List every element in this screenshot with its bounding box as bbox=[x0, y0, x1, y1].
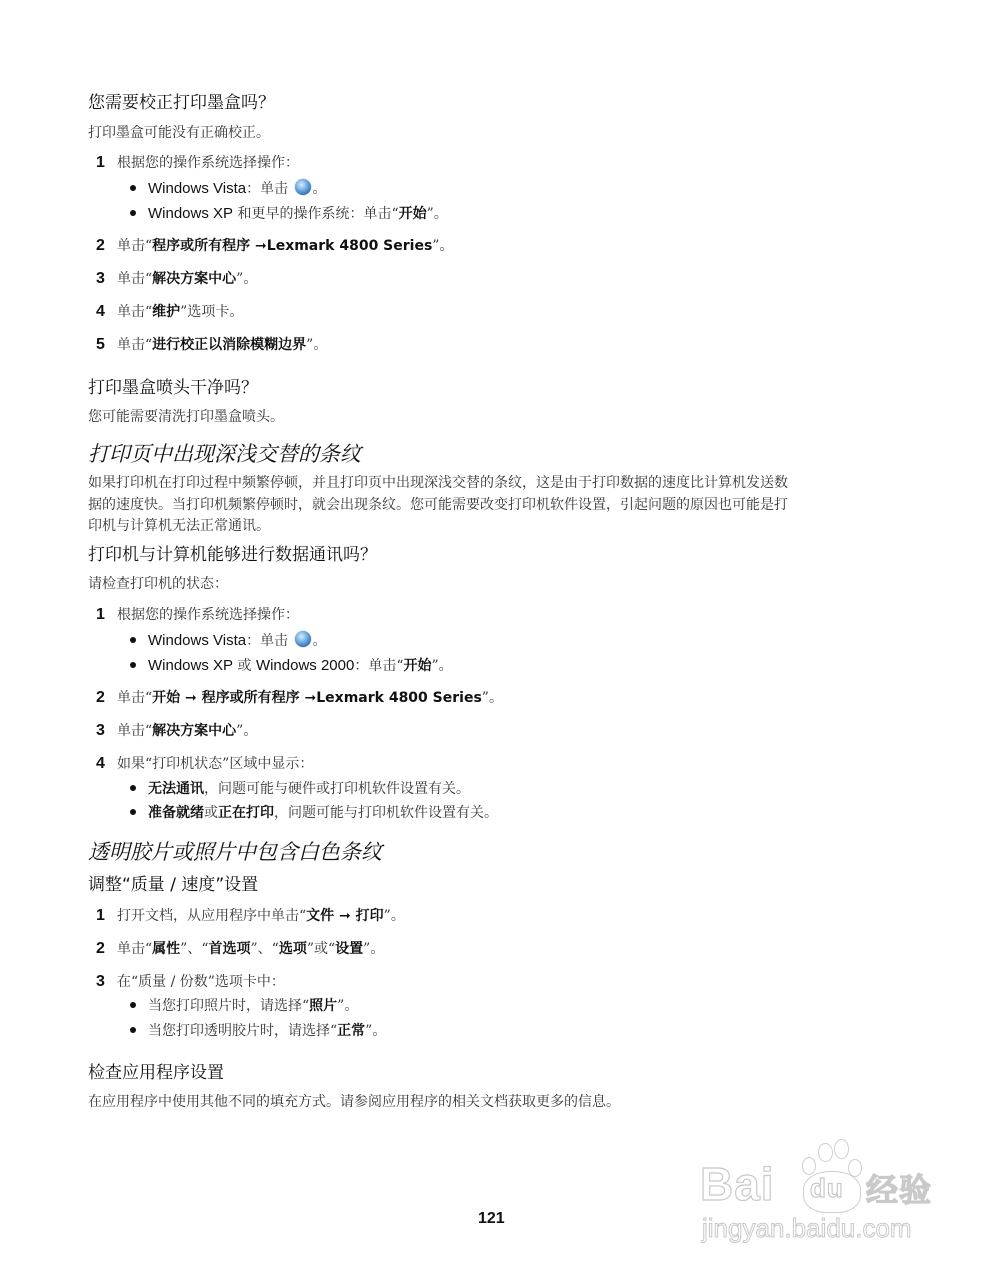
step-bold: 属性 bbox=[152, 941, 180, 957]
step-item: 4如果“打印机状态”区域中显示： bbox=[96, 753, 313, 773]
section-heading: 检查应用程序设置 bbox=[88, 1058, 224, 1083]
bullet-text: ，问题可能与硬件或打印机软件设置有关。 bbox=[204, 781, 470, 797]
bullet-mid: 或 bbox=[233, 658, 256, 674]
step-number: 1 bbox=[96, 154, 117, 172]
step-mid: ”、“ bbox=[251, 941, 279, 957]
bullet-dot bbox=[130, 662, 136, 668]
section-intro: 您可能需要清洗打印墨盒喷头。 bbox=[88, 406, 284, 426]
step-number: 4 bbox=[96, 755, 117, 773]
step-prefix: 单击“ bbox=[117, 238, 152, 254]
bullet-text: ：单击 bbox=[246, 633, 288, 649]
step-number: 3 bbox=[96, 973, 117, 991]
step-suffix: ”。 bbox=[236, 271, 257, 287]
step-item: 1根据您的操作系统选择操作： bbox=[96, 604, 299, 624]
document-page: 您需要校正打印墨盒吗？ 打印墨盒可能没有正确校正。 1根据您的操作系统选择操作：… bbox=[0, 0, 989, 1280]
step-number: 3 bbox=[96, 270, 117, 288]
paragraph-line: 据的速度快。当打印机频繁停顿时，就会出现条纹。您可能需要改变打印机软件设置，引起… bbox=[88, 494, 788, 514]
step-bold: 进行校正以消除模糊边界 bbox=[152, 337, 306, 353]
bullet-bold: 开始 bbox=[404, 658, 432, 674]
step-number: 2 bbox=[96, 940, 117, 958]
status-label: 正在打印 bbox=[218, 805, 274, 821]
step-mid: ”、“ bbox=[180, 941, 208, 957]
step-bold: 维护 bbox=[152, 304, 180, 320]
page-number: 121 bbox=[478, 1210, 505, 1228]
step-item: 1打开文档，从应用程序中单击“文件 ➞ 打印”。 bbox=[96, 905, 405, 925]
bullet-item: 准备就绪或正在打印，问题可能与打印机软件设置有关。 bbox=[130, 802, 498, 822]
step-suffix: ”。 bbox=[236, 723, 257, 739]
bullet-item: Windows XP 或 Windows 2000：单击“开始”。 bbox=[130, 655, 453, 675]
paragraph-line: 如果打印机在打印过程中频繁停顿，并且打印页中出现深浅交替的条纹，这是由于打印数据… bbox=[88, 472, 788, 492]
step-bold: 解决方案中心 bbox=[152, 271, 236, 287]
watermark-logo-bai: Bai bbox=[700, 1157, 775, 1211]
step-item: 2单击“开始 ➞ 程序或所有程序 ➞Lexmark 4800 Series”。 bbox=[96, 687, 503, 707]
step-number: 1 bbox=[96, 907, 117, 925]
step-prefix: 单击“ bbox=[117, 337, 152, 353]
step-item: 3在“质量 / 份数”选项卡中： bbox=[96, 971, 285, 991]
section-intro: 请检查打印机的状态： bbox=[88, 573, 228, 593]
bullet-item: 当您打印照片时，请选择“照片”。 bbox=[130, 995, 358, 1015]
topic-title: 透明胶片或照片中包含白色条纹 bbox=[88, 836, 382, 866]
os-name: Windows Vista bbox=[148, 180, 246, 197]
bullet-item: 无法通讯，问题可能与硬件或打印机软件设置有关。 bbox=[130, 778, 470, 798]
step-text: 在“质量 / 份数”选项卡中： bbox=[117, 974, 285, 990]
step-item: 3单击“解决方案中心”。 bbox=[96, 720, 257, 740]
watermark-logo-du: du bbox=[810, 1173, 844, 1204]
topic-title: 打印页中出现深浅交替的条纹 bbox=[88, 438, 361, 468]
bullet-dot bbox=[130, 1027, 136, 1033]
section-text: 在应用程序中使用其他不同的填充方式。请参阅应用程序的相关文档获取更多的信息。 bbox=[88, 1091, 620, 1111]
bullet-bold: 开始 bbox=[399, 206, 427, 222]
os-name: Windows XP bbox=[148, 205, 233, 222]
bullet-text: ：单击“ bbox=[354, 658, 403, 674]
step-bold: 设置 bbox=[335, 941, 363, 957]
bullet-end: 。 bbox=[313, 181, 327, 197]
step-item: 2单击“程序或所有程序 ➞Lexmark 4800 Series”。 bbox=[96, 235, 453, 255]
step-text: 根据您的操作系统选择操作： bbox=[117, 155, 299, 171]
os-name: Windows XP bbox=[148, 657, 233, 674]
step-number: 1 bbox=[96, 606, 117, 624]
watermark-url: jingyan.baidu.com bbox=[702, 1213, 912, 1244]
bullet-dot bbox=[130, 185, 136, 191]
step-item: 1根据您的操作系统选择操作： bbox=[96, 152, 299, 172]
status-label: 准备就绪 bbox=[148, 805, 204, 821]
step-text: 如果“打印机状态”区域中显示： bbox=[117, 756, 313, 772]
windows-vista-start-icon bbox=[295, 179, 311, 195]
step-bold: 首选项 bbox=[209, 941, 251, 957]
paw-toe-icon bbox=[818, 1143, 833, 1162]
os-name: Windows 2000 bbox=[256, 657, 354, 674]
windows-vista-start-icon bbox=[295, 631, 311, 647]
paw-toe-icon bbox=[834, 1139, 849, 1159]
step-prefix: 打开文档，从应用程序中单击“ bbox=[117, 908, 306, 924]
step-prefix: 单击“ bbox=[117, 941, 152, 957]
bullet-dot bbox=[130, 785, 136, 791]
bullet-bold: 正常 bbox=[337, 1023, 365, 1039]
bullet-text: ：单击 bbox=[246, 181, 288, 197]
step-number: 2 bbox=[96, 689, 117, 707]
baidu-jingyan-watermark: Bai du 经验 jingyan.baidu.com bbox=[700, 1135, 940, 1235]
step-suffix: ”。 bbox=[306, 337, 327, 353]
bullet-end: 。 bbox=[313, 633, 327, 649]
step-bold: 开始 ➞ 程序或所有程序 ➞Lexmark 4800 Series bbox=[152, 690, 482, 706]
step-bold: 解决方案中心 bbox=[152, 723, 236, 739]
step-suffix: ”选项卡。 bbox=[180, 304, 243, 320]
status-label: 无法通讯 bbox=[148, 781, 204, 797]
step-item: 4单击“维护”选项卡。 bbox=[96, 301, 243, 321]
step-mid: ”或“ bbox=[307, 941, 335, 957]
bullet-dot bbox=[130, 809, 136, 815]
step-bold: 文件 ➞ 打印 bbox=[306, 908, 383, 924]
step-prefix: 单击“ bbox=[117, 304, 152, 320]
step-number: 3 bbox=[96, 722, 117, 740]
bullet-text: ，问题可能与打印机软件设置有关。 bbox=[274, 805, 498, 821]
bullet-text: 和更早的操作系统：单击“ bbox=[233, 206, 399, 222]
section-heading: 您需要校正打印墨盒吗？ bbox=[88, 88, 275, 113]
bullet-end: ”。 bbox=[365, 1023, 386, 1039]
bullet-item: Windows XP 和更早的操作系统：单击“开始”。 bbox=[130, 203, 448, 223]
paragraph-line: 印机与计算机无法正常通讯。 bbox=[88, 515, 270, 535]
step-number: 5 bbox=[96, 336, 117, 354]
step-prefix: 单击“ bbox=[117, 723, 152, 739]
step-bold: 选项 bbox=[279, 941, 307, 957]
bullet-end: ”。 bbox=[337, 998, 358, 1014]
step-item: 2单击“属性”、“首选项”、“选项”或“设置”。 bbox=[96, 938, 384, 958]
step-item: 3单击“解决方案中心”。 bbox=[96, 268, 257, 288]
bullet-text: 当您打印照片时，请选择“ bbox=[148, 998, 309, 1014]
bullet-dot bbox=[130, 637, 136, 643]
os-name: Windows Vista bbox=[148, 632, 246, 649]
section-intro: 打印墨盒可能没有正确校正。 bbox=[88, 122, 270, 142]
section-heading: 打印墨盒喷头干净吗？ bbox=[88, 373, 258, 398]
step-suffix: ”。 bbox=[384, 908, 405, 924]
step-number: 4 bbox=[96, 303, 117, 321]
step-number: 2 bbox=[96, 237, 117, 255]
step-prefix: 单击“ bbox=[117, 271, 152, 287]
step-suffix: ”。 bbox=[482, 690, 503, 706]
step-item: 5单击“进行校正以消除模糊边界”。 bbox=[96, 334, 327, 354]
watermark-logo-cn: 经验 bbox=[866, 1165, 932, 1211]
bullet-bold: 照片 bbox=[309, 998, 337, 1014]
bullet-end: ”。 bbox=[427, 206, 448, 222]
step-bold: 程序或所有程序 ➞Lexmark 4800 Series bbox=[152, 238, 432, 254]
step-suffix: ”。 bbox=[432, 238, 453, 254]
bullet-item: Windows Vista：单击 。 bbox=[130, 178, 327, 198]
step-suffix: ”。 bbox=[363, 941, 384, 957]
bullet-end: ”。 bbox=[432, 658, 453, 674]
section-heading: 打印机与计算机能够进行数据通讯吗？ bbox=[88, 540, 377, 565]
step-prefix: 单击“ bbox=[117, 690, 152, 706]
bullet-item: 当您打印透明胶片时，请选择“正常”。 bbox=[130, 1020, 386, 1040]
bullet-mid: 或 bbox=[204, 805, 218, 821]
bullet-dot bbox=[130, 1002, 136, 1008]
bullet-item: Windows Vista：单击 。 bbox=[130, 630, 327, 650]
bullet-text: 当您打印透明胶片时，请选择“ bbox=[148, 1023, 337, 1039]
step-text: 根据您的操作系统选择操作： bbox=[117, 607, 299, 623]
section-heading: 调整“质量 / 速度”设置 bbox=[88, 870, 258, 895]
bullet-dot bbox=[130, 210, 136, 216]
